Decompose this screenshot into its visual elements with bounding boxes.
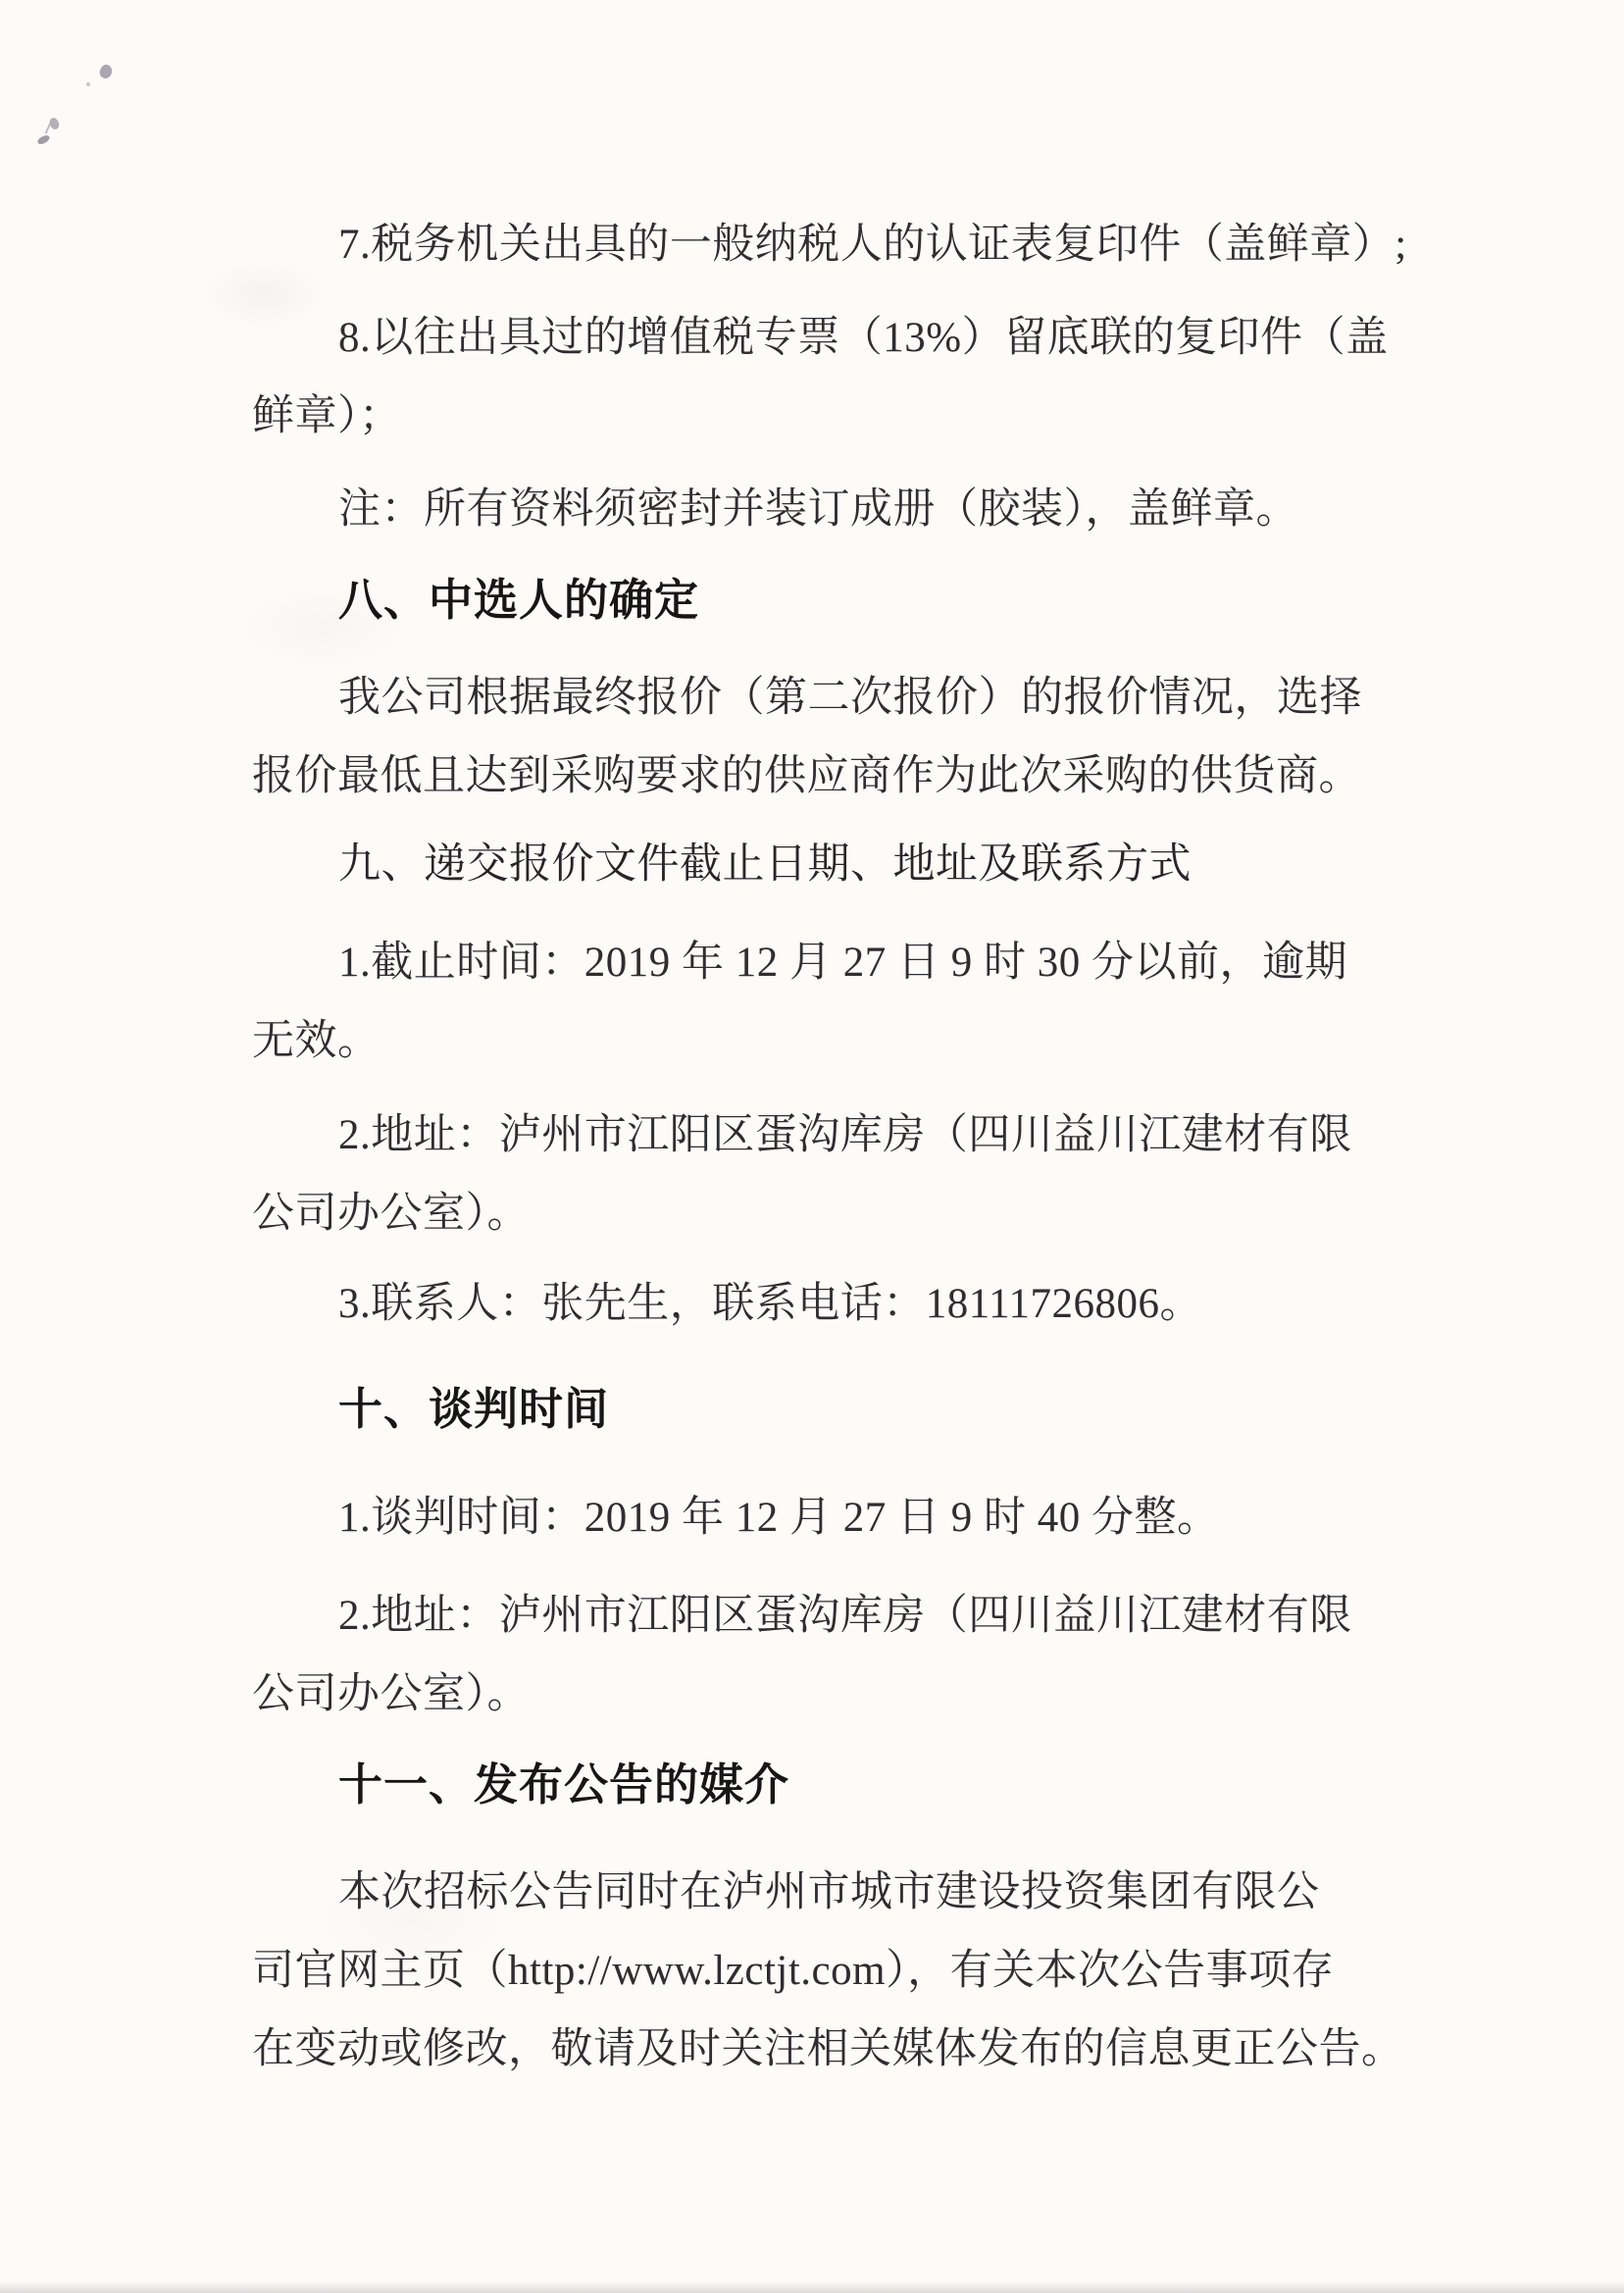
para-submission-address: 2.地址：泸州市江阳区蛋沟库房（四川益川江建材有限 公司办公室）。 — [252, 1096, 1378, 1253]
text-line: 在变动或修改，敬请及时关注相关媒体发布的信息更正公告。 — [252, 2011, 1378, 2089]
para-vat-invoice-item8: 8.以往出具过的增值税专票（13%）留底联的复印件（盖 鲜章）； — [252, 299, 1378, 456]
text-line: 公司办公室）。 — [252, 1175, 1378, 1253]
para-tax-certificate-item7: 7.税务机关出具的一般纳税人的认证表复印件（盖鲜章）; — [252, 206, 1378, 284]
para-note-sealing: 注：所有资料须密封并装订成册（胶装），盖鲜章。 — [252, 471, 1378, 549]
heading-section8-winner-determination: 八、中选人的确定 — [252, 561, 1378, 639]
heading-section9-submission-deadline: 九、递交报价文件截止日期、地址及联系方式 — [252, 826, 1378, 904]
para-contact-info: 3.联系人：张先生，联系电话：18111726806。 — [252, 1265, 1378, 1344]
section-heading: 十、谈判时间 — [252, 1370, 1378, 1449]
text-line: 7.税务机关出具的一般纳税人的认证表复印件（盖鲜章）; — [252, 206, 1378, 284]
para-negotiation-address: 2.地址：泸州市江阳区蛋沟库房（四川益川江建材有限 公司办公室）。 — [252, 1577, 1378, 1734]
document-body: 7.税务机关出具的一般纳税人的认证表复印件（盖鲜章）; 8.以往出具过的增值税专… — [252, 206, 1378, 2089]
section-heading: 九、递交报价文件截止日期、地址及联系方式 — [252, 826, 1378, 904]
para-announcement-media: 本次招标公告同时在泸州市城市建设投资集团有限公 司官网主页（http://www… — [252, 1854, 1378, 2089]
text-line: 1.截止时间：2019 年 12 月 27 日 9 时 30 分以前，逾期 — [252, 924, 1378, 1002]
para-negotiation-time: 1.谈判时间：2019 年 12 月 27 日 9 时 40 分整。 — [252, 1479, 1378, 1557]
text-line: 3.联系人：张先生，联系电话：18111726806。 — [252, 1265, 1378, 1344]
text-line: 报价最低且达到采购要求的供应商作为此次采购的供货商。 — [252, 738, 1378, 816]
text-line: 8.以往出具过的增值税专票（13%）留底联的复印件（盖 — [252, 299, 1378, 378]
section-heading: 八、中选人的确定 — [252, 561, 1378, 639]
text-line: 我公司根据最终报价（第二次报价）的报价情况，选择 — [252, 659, 1378, 738]
text-line: 1.谈判时间：2019 年 12 月 27 日 9 时 40 分整。 — [252, 1479, 1378, 1557]
heading-section11-announcement-media: 十一、发布公告的媒介 — [252, 1746, 1378, 1824]
scanned-document-page: 7.税务机关出具的一般纳税人的认证表复印件（盖鲜章）; 8.以往出具过的增值税专… — [0, 0, 1624, 2293]
text-line: 2.地址：泸州市江阳区蛋沟库房（四川益川江建材有限 — [252, 1096, 1378, 1175]
text-line: 本次招标公告同时在泸州市城市建设投资集团有限公 — [252, 1854, 1378, 1932]
text-line: 注：所有资料须密封并装订成册（胶装），盖鲜章。 — [252, 471, 1378, 549]
text-line: 2.地址：泸州市江阳区蛋沟库房（四川益川江建材有限 — [252, 1577, 1378, 1656]
text-line: 司官网主页（http://www.lzctjt.com），有关本次公告事项存 — [252, 1932, 1378, 2011]
scan-speck — [36, 133, 51, 146]
para-winner-selection: 我公司根据最终报价（第二次报价）的报价情况，选择 报价最低且达到采购要求的供应商… — [252, 659, 1378, 816]
heading-section10-negotiation-time: 十、谈判时间 — [252, 1370, 1378, 1449]
page-bottom-edge-shadow — [0, 2281, 1624, 2293]
text-line: 鲜章）； — [252, 378, 1378, 456]
text-line: 无效。 — [252, 1002, 1378, 1081]
section-heading: 十一、发布公告的媒介 — [252, 1746, 1378, 1824]
scan-speck — [86, 82, 90, 86]
scan-speck — [98, 63, 115, 80]
text-line: 公司办公室）。 — [252, 1656, 1378, 1734]
para-deadline-time: 1.截止时间：2019 年 12 月 27 日 9 时 30 分以前，逾期 无效… — [252, 924, 1378, 1081]
